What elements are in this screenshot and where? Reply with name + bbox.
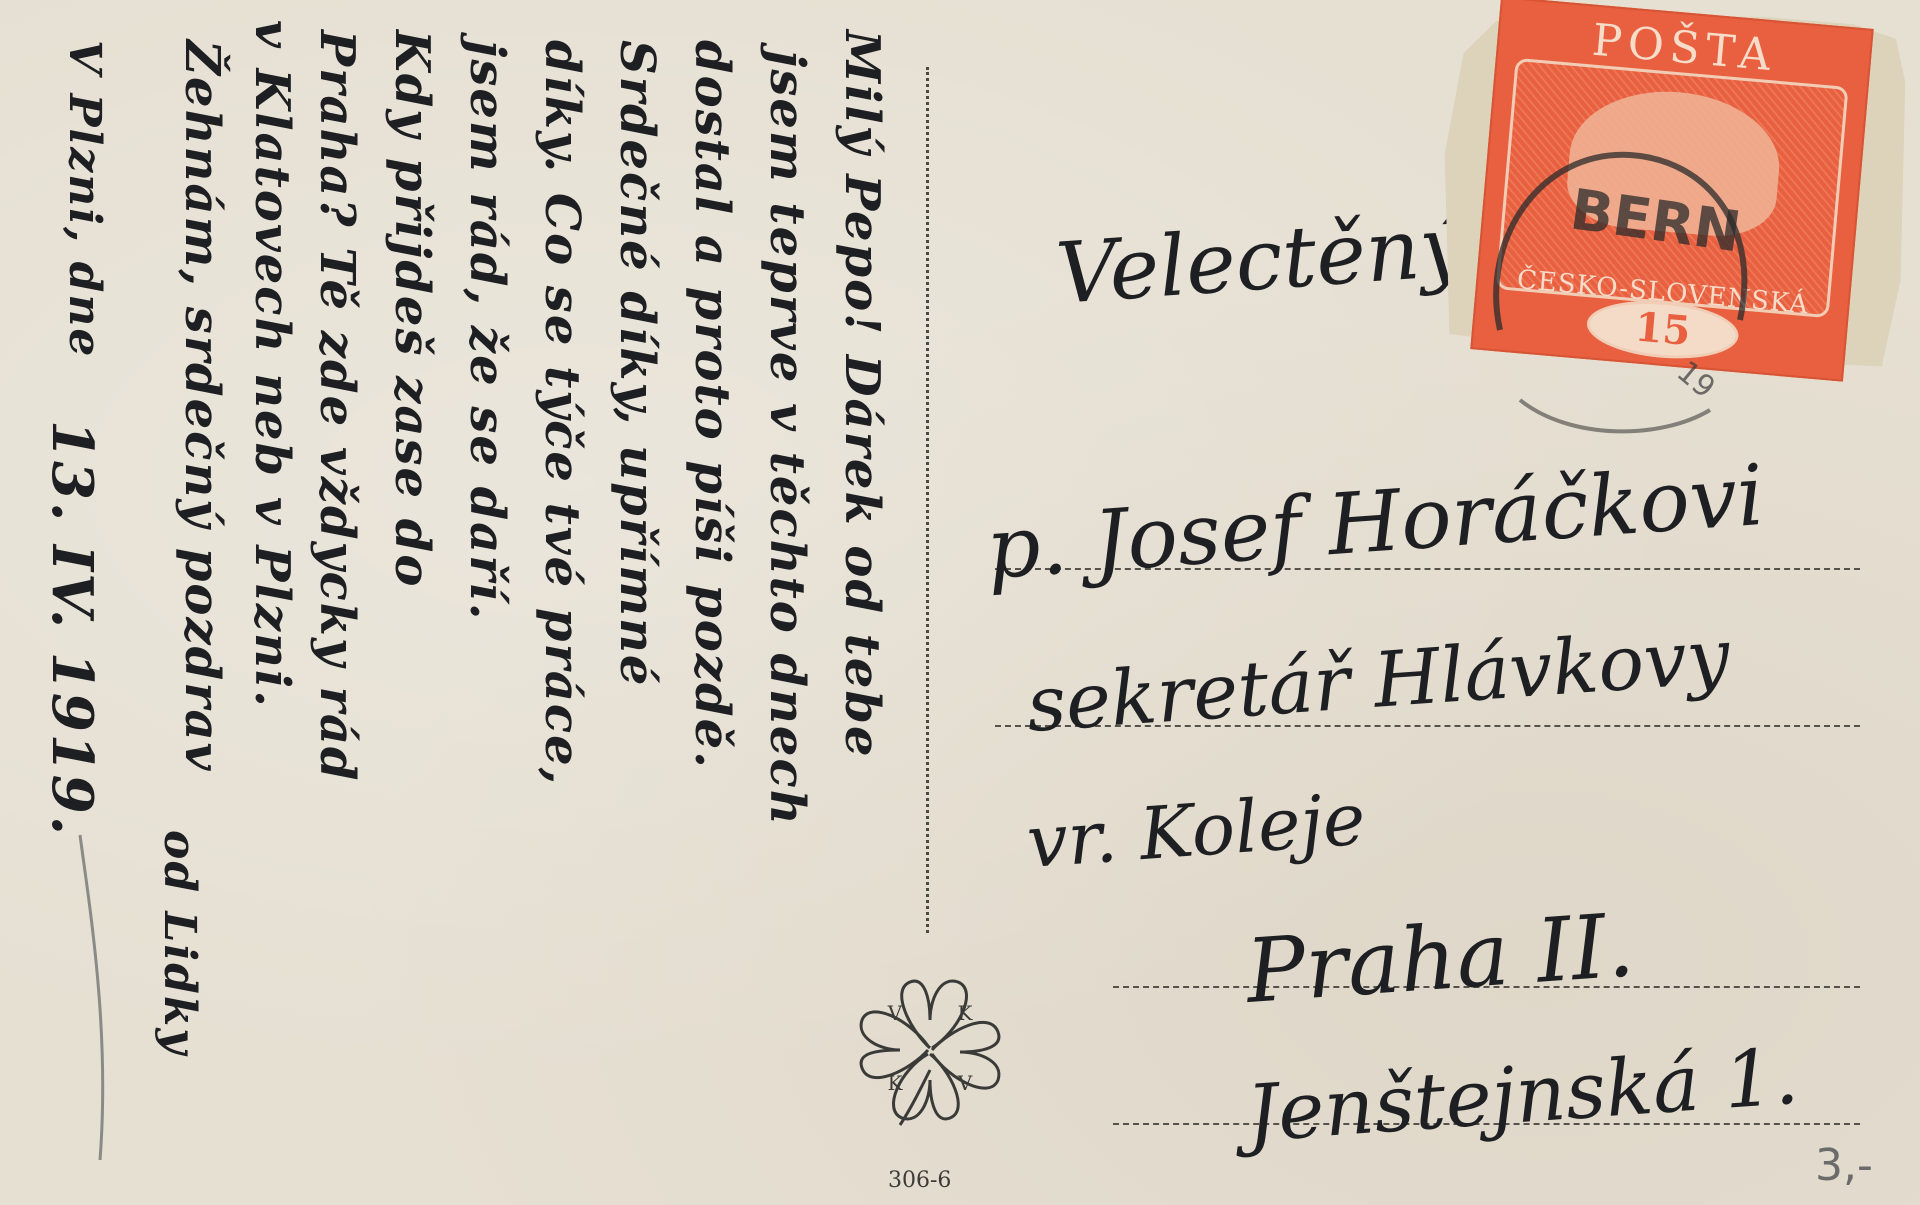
message-date: 13. IV. 1919. xyxy=(39,420,105,837)
address-institution: vr. Koleje xyxy=(1024,777,1368,884)
print-code: 306-6 xyxy=(888,1168,951,1193)
message-line: Žehnám, srdečný pozdrav xyxy=(174,40,230,773)
address-street: Jenštejnská 1. xyxy=(1244,1032,1802,1160)
address-recipient: p. Josef Horáčkovi xyxy=(983,446,1767,598)
message-line: dostal a proto píši pozdě. xyxy=(684,40,740,770)
svg-text:19: 19 xyxy=(1670,354,1722,405)
four-leaf-clover-icon: V K V K xyxy=(850,970,1010,1130)
svg-text:BERN: BERN xyxy=(1566,177,1744,265)
pencil-note: 3,- xyxy=(1815,1140,1873,1191)
svg-text:K: K xyxy=(888,1071,904,1095)
message-line: jsem teprve v těchto dnech xyxy=(759,50,815,827)
message-place: V Plzni, dne xyxy=(59,40,110,358)
message-line: Kdy přijdeš zase do xyxy=(384,30,440,588)
message-line: Srdečné díky, upřímné xyxy=(609,40,665,687)
postcard: Milý Pepo! Dárek od tebe jsem teprve v t… xyxy=(0,0,1920,1205)
address-title: sekretář Hlávkovy xyxy=(1024,611,1733,749)
center-divider xyxy=(926,67,929,933)
message-line: v Klatovech neb v Plzni. xyxy=(244,20,300,709)
message-signature: od Lidky xyxy=(154,830,205,1056)
message-line: jsem rád, že se daří. xyxy=(459,40,515,621)
address-greeting: Velectěný xyxy=(1053,197,1470,323)
address-city: Praha II. xyxy=(1243,893,1638,1023)
svg-text:K: K xyxy=(958,1001,974,1025)
message-line: Milý Pepo! Dárek od tebe xyxy=(834,30,890,759)
svg-text:V: V xyxy=(887,1001,903,1025)
svg-text:V: V xyxy=(957,1071,973,1095)
message-line: Praha? Tě zde vždycky rád xyxy=(309,30,365,783)
pencil-stroke xyxy=(70,830,130,1170)
postmark-icon: BERN 19 xyxy=(1460,120,1780,440)
message-line: díky. Co se týče tvé práce, xyxy=(534,40,590,786)
